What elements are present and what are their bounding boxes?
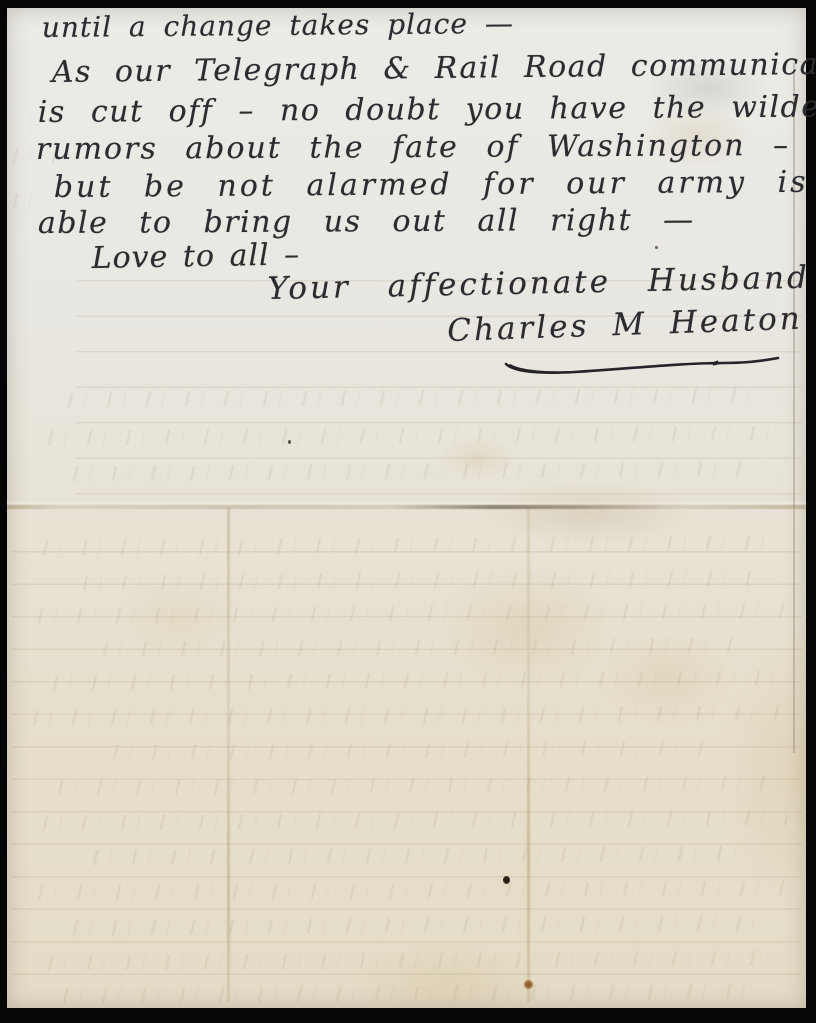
bleedthrough-ghost-writing [62, 388, 762, 408]
letter-line: able to bring us out all right — [38, 202, 695, 243]
letter-line: rumors about the fate of Washington – [36, 127, 790, 168]
bleedthrough-ghost-writing [52, 775, 772, 795]
bleedthrough-ghost-writing [27, 705, 787, 725]
letter-line: until a change takes place — [42, 6, 514, 45]
paper-speck [655, 246, 658, 249]
letter-line: is cut off – no doubt you have the wilde… [38, 88, 816, 131]
bleedthrough-ghost-writing [107, 741, 707, 760]
bleedthrough-ghost-writing [47, 670, 777, 690]
bleedthrough-ghost-writing [57, 984, 757, 1004]
bleedthrough-ghost-writing [77, 571, 757, 591]
bleedthrough-ghost-writing [42, 950, 772, 970]
vertical-fold-crease-left [227, 508, 230, 1002]
bleedthrough-ghost-writing [32, 603, 790, 623]
signature-flourish [500, 356, 785, 380]
bleedthrough-ghost-writing [32, 880, 788, 900]
bleedthrough-ghost-writing [67, 916, 767, 936]
bleedthrough-ruled-lines-bottom [12, 520, 802, 1002]
letter-line: but be not alarmed for our army is [54, 164, 809, 207]
bleedthrough-ghost-writing [67, 462, 747, 482]
paper-speck [288, 440, 291, 444]
bleedthrough-ghost-writing [42, 425, 790, 445]
scanner-background: until a change takes place — As our Tele… [0, 0, 816, 1023]
letter-page: until a change takes place — As our Tele… [7, 8, 806, 1008]
bleedthrough-ghost-writing [97, 638, 737, 657]
bleedthrough-ghost-writing [87, 846, 747, 866]
bleedthrough-ghost-writing [37, 535, 777, 555]
bleedthrough-ghost-writing [37, 810, 787, 830]
signature: Charles M Heaton [447, 300, 804, 351]
rust-stain-spot [524, 980, 533, 989]
ink-spot [503, 876, 510, 884]
letter-line: As our Telegraph & Rail Road communicati… [52, 45, 816, 91]
horizontal-fold-crease [7, 505, 806, 509]
vertical-fold-crease-right [527, 508, 530, 1002]
horizontal-fold-highlight [7, 502, 806, 504]
